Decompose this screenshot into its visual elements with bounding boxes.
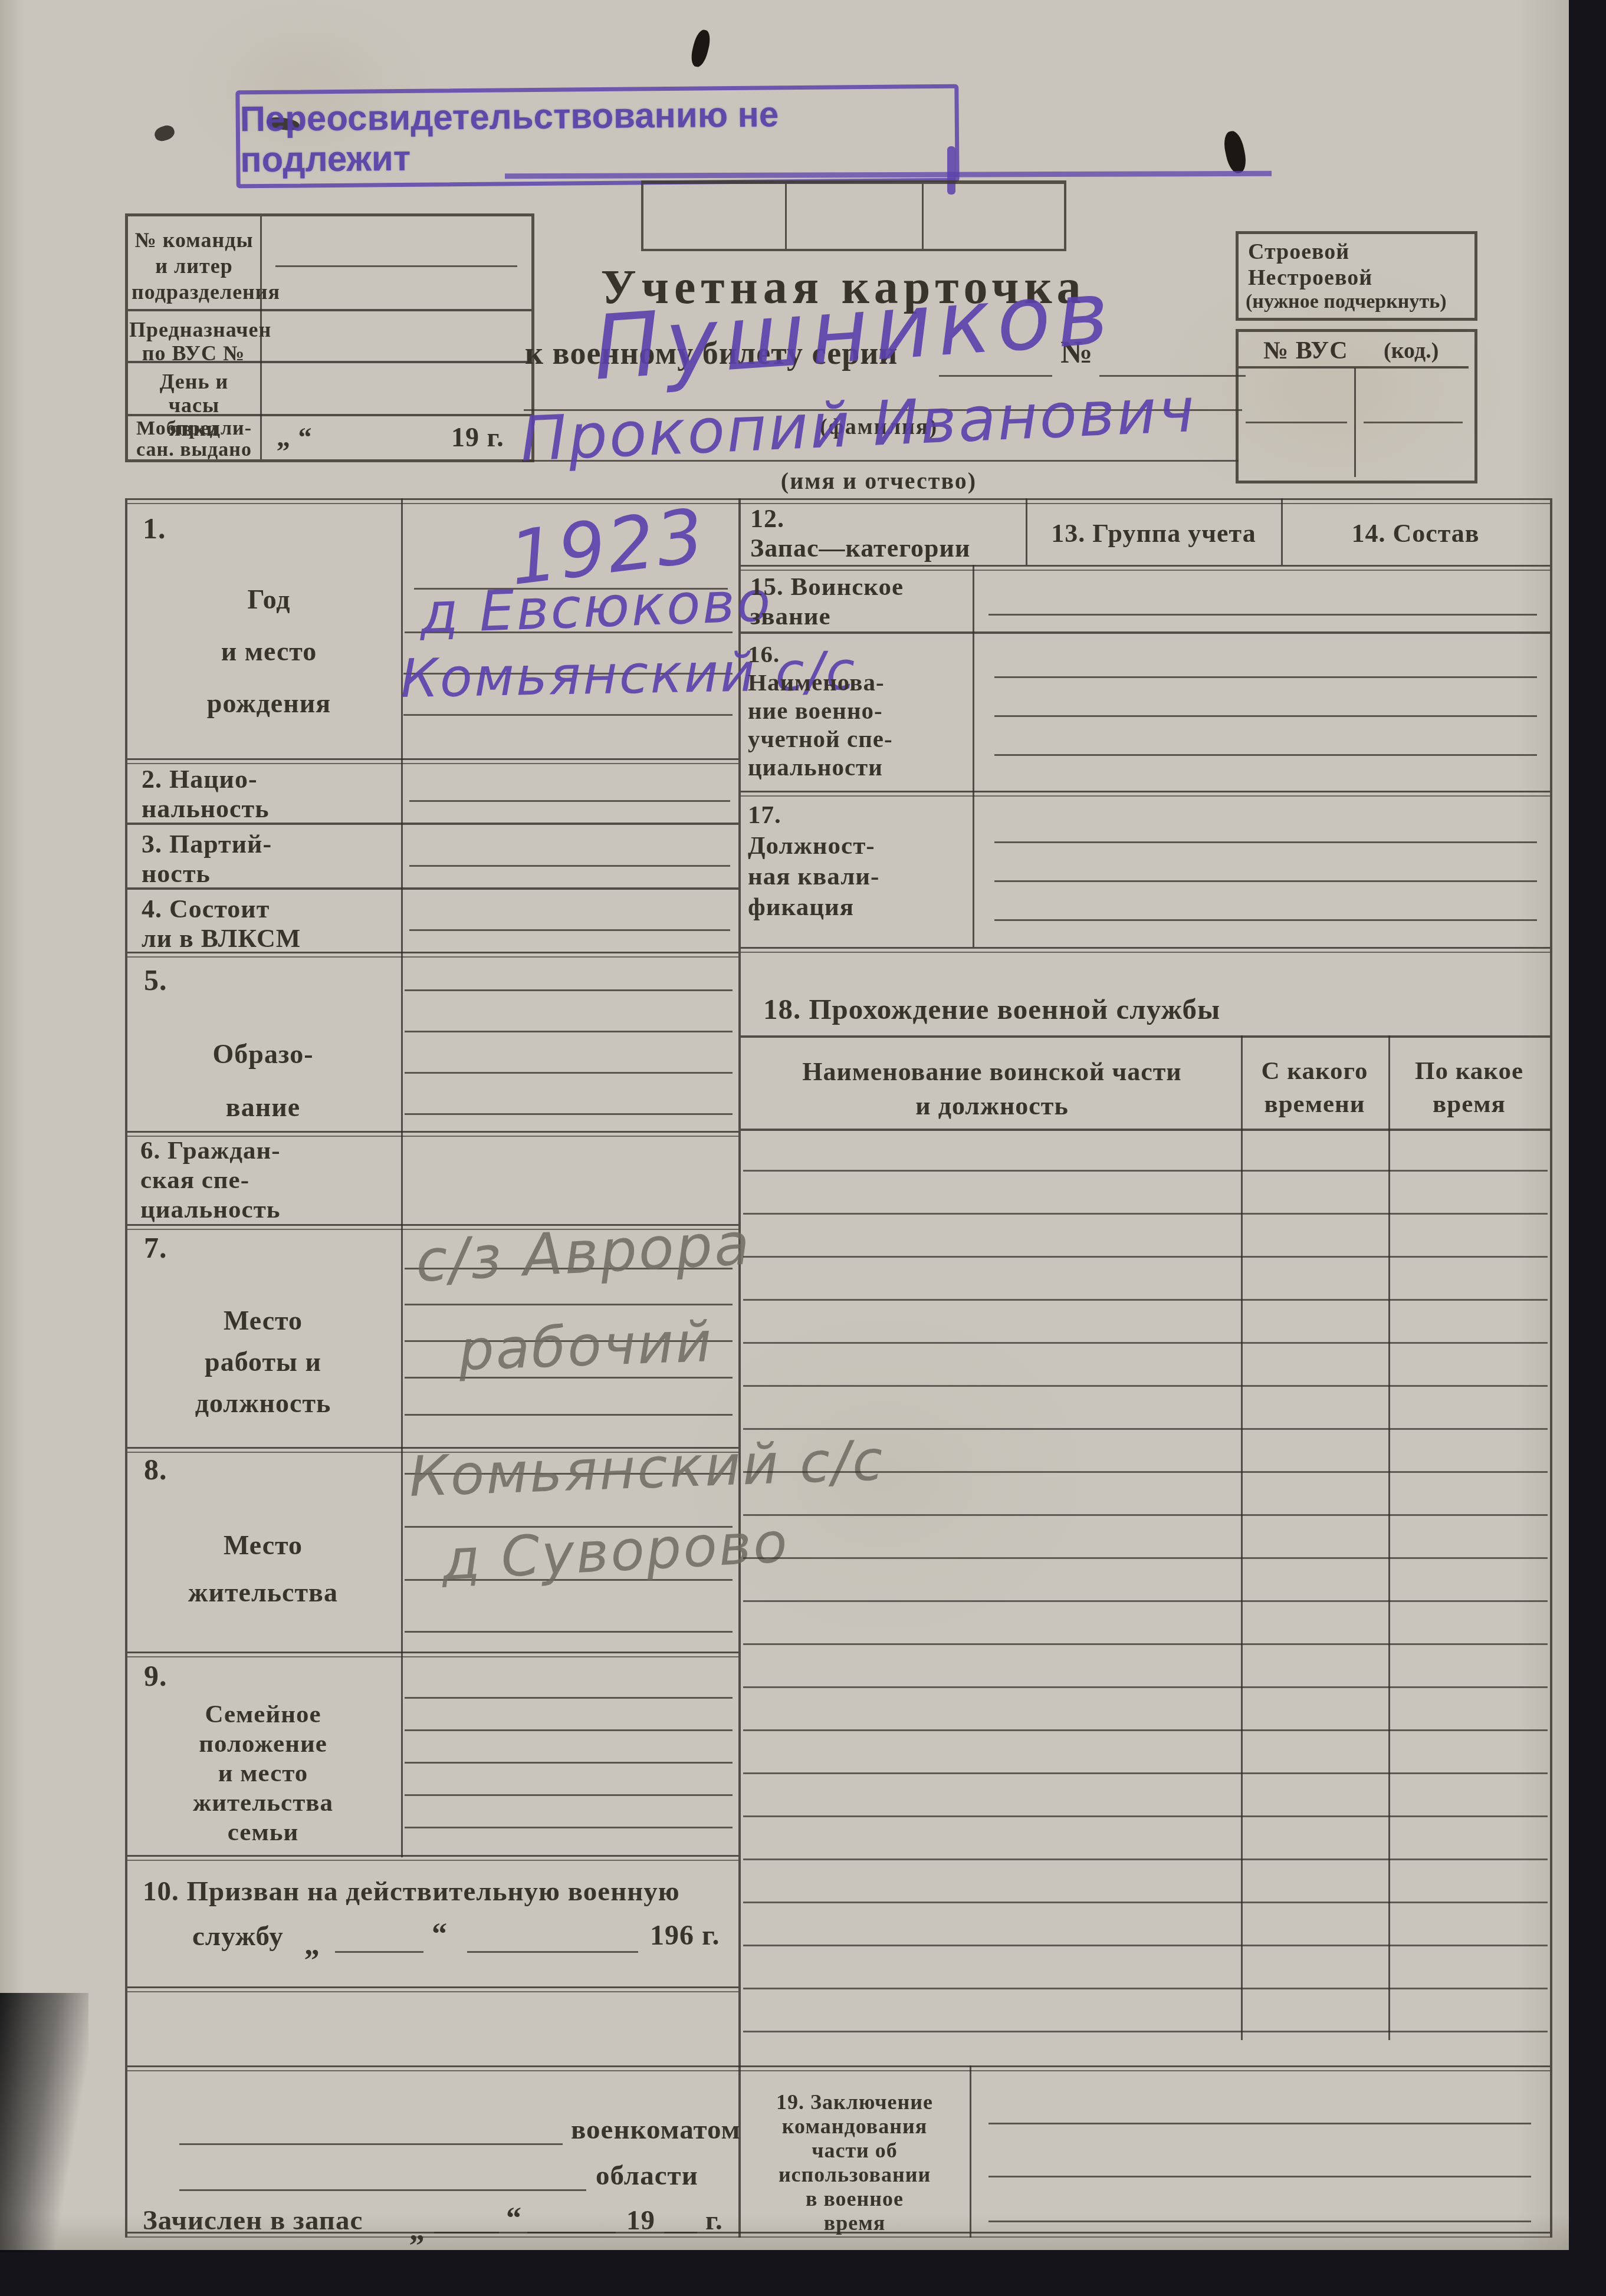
field7-number: 7. [144, 1231, 168, 1265]
fill-line [405, 1072, 733, 1074]
fill-line [994, 676, 1537, 678]
serial-line [939, 375, 1052, 377]
command-info-box: № команды и литер подразделения Предназн… [125, 213, 534, 462]
fill-line [409, 865, 730, 867]
field-separator [741, 947, 1550, 953]
field17-label: 17. Должност- ная квали- фикация [748, 800, 879, 923]
date-line [335, 1951, 423, 1953]
fill-line [405, 1113, 733, 1115]
field10-line1: 10. Призван на действительную военную [143, 1876, 680, 1907]
combat-line-2: Нестроевой [1248, 265, 1372, 291]
fill-line [179, 2143, 563, 2145]
fill-line [179, 2189, 586, 2191]
field18-title: 18. Прохождение военной службы [763, 992, 1220, 1026]
mob-quote: „ “ [277, 422, 313, 453]
field11-year: 19 [626, 2205, 655, 2236]
field8-number: 8. [144, 1452, 168, 1486]
ink-speck [153, 123, 176, 143]
field1-label: Год и место рождения [151, 574, 387, 729]
field11-word1: военкоматом [571, 2114, 741, 2146]
field10-word: службу [192, 1920, 284, 1952]
cell-divider [1026, 498, 1027, 565]
date-line [434, 2232, 499, 2233]
table-empty-rows [743, 1129, 1548, 2040]
field-separator [127, 1986, 738, 1992]
field-separator [741, 791, 1550, 797]
field10-open-quote: „ [304, 1927, 320, 1962]
field11-line3: Зачислен в запас [143, 2205, 363, 2236]
vus-fill-line [1364, 422, 1463, 423]
combat-status-box: Строевой Нестроевой (нужное подчеркнуть) [1236, 231, 1477, 321]
fill-line [405, 1729, 733, 1731]
fill-line [988, 2123, 1531, 2124]
table-header-top [741, 1035, 1550, 1038]
field9-number: 9. [144, 1659, 168, 1693]
fill-line [405, 1794, 733, 1796]
handwritten-birth-place-1: д Евсюково [419, 570, 773, 646]
field19-label: 19. Заключение командования части об исп… [745, 2090, 964, 2235]
field-separator [741, 565, 1550, 571]
ink-speck [1221, 129, 1249, 175]
field15-label: 15. Воинское звание [750, 573, 904, 631]
field6-label: 6. Граждан- ская спе- циальность [140, 1136, 281, 1225]
fill-line [994, 880, 1537, 882]
fill-line [405, 989, 733, 991]
label-unit-number: № команды и литер подразделения [132, 227, 257, 305]
fill-line [409, 800, 730, 802]
field11-word2: области [596, 2160, 698, 2192]
field-separator [127, 1855, 738, 1861]
table-col2-header: С какого времени [1243, 1055, 1386, 1121]
field16-label: 16. Наименова- ние военно- учетной спе- … [748, 640, 893, 781]
paper-sheet: Переосвидетельствованию не подлежит № ко… [0, 0, 1569, 2250]
field5-label: Образо- вание [151, 1028, 375, 1134]
stamp-text: Переосвидетельствованию не подлежит [239, 93, 955, 180]
date-line [467, 1951, 638, 1953]
label-mob-order: Мобпредли- сан. выдано [132, 418, 257, 460]
form-top-border [127, 498, 1550, 504]
handwritten-position: рабочий [458, 1310, 714, 1383]
table-col1-header: Наименование воинской части и должность [745, 1055, 1239, 1123]
fill-line [409, 929, 730, 931]
fill-line [405, 1031, 733, 1032]
fill-line [405, 1631, 733, 1633]
fill-line [994, 919, 1537, 921]
field-separator [741, 631, 1550, 634]
field11-year-suffix: г. [705, 2205, 723, 2236]
field13-label: 13. Группа учета [1029, 518, 1279, 548]
field2-label: 2. Нацио- нальность [142, 765, 269, 824]
fill-line [988, 2176, 1531, 2177]
fill-line [405, 1827, 733, 1828]
field10-close-quote: “ [432, 1917, 448, 1952]
right-label-divider [973, 565, 974, 947]
scanned-military-card: Переосвидетельствованию не подлежит № ко… [0, 0, 1606, 2296]
vus-divider [1354, 368, 1356, 477]
strip-divider [785, 184, 787, 249]
field5-number: 5. [144, 963, 168, 997]
fill-line [405, 1697, 733, 1699]
fill-line [275, 265, 517, 267]
scan-shadow [0, 1993, 88, 2252]
fill-line [988, 2221, 1531, 2222]
field11-close-quote: “ [506, 2201, 522, 2236]
field-separator-full [127, 2065, 1550, 2071]
main-form: 1. Год и место рождения 1923 д Евсюково … [125, 498, 1552, 2238]
fill-line [994, 715, 1537, 717]
fill-line [994, 841, 1537, 843]
fill-line [405, 1304, 733, 1305]
mob-year: 19 г. [451, 422, 504, 453]
field7-label: Место работы и должность [151, 1300, 375, 1424]
strip-divider [922, 184, 924, 249]
fill-line [405, 1414, 733, 1416]
name-caption: (имя и отчество) [755, 467, 1003, 495]
table-col3-header: По какое время [1391, 1055, 1548, 1121]
combat-line-3: (нужное подчеркнуть) [1246, 291, 1446, 313]
vus-header-separator [1239, 366, 1469, 369]
empty-cells-strip [641, 180, 1066, 251]
right-label-divider [970, 2065, 971, 2238]
handwritten-residence-2: д Суворово [440, 1511, 790, 1593]
field12-label: 12. Запас—категории [750, 504, 970, 563]
field11-open-quote: „ [409, 2213, 425, 2248]
label-vus-purpose: Предназначен по ВУС № [129, 318, 258, 365]
fill-line [988, 614, 1537, 616]
field4-label: 4. Состоит ли в ВЛКСМ [142, 894, 301, 953]
field3-label: 3. Партий- ность [142, 830, 272, 889]
ink-speck [689, 28, 713, 68]
date-line [527, 2232, 616, 2233]
fill-line [405, 1762, 733, 1764]
fill-line [403, 714, 733, 716]
combat-line-1: Строевой [1248, 239, 1349, 265]
vus-code-label: (код.) [1384, 338, 1438, 364]
row-separator [128, 309, 531, 311]
date-line [664, 2232, 697, 2233]
vus-label: № ВУС [1263, 337, 1348, 365]
field1-number: 1. [143, 511, 166, 545]
field-separator [127, 758, 738, 764]
fill-line [994, 754, 1537, 756]
center-divider [738, 498, 741, 2238]
vus-fill-line [1246, 422, 1347, 423]
field14-label: 14. Состав [1283, 518, 1548, 548]
field-separator [127, 1652, 738, 1657]
vus-number-box: № ВУС (код.) [1236, 329, 1477, 483]
cell-divider [1281, 498, 1283, 565]
handwritten-workplace: с/з Аврора [414, 1211, 753, 1295]
field9-label: Семейное положение и место жительства се… [145, 1700, 381, 1847]
field8-label: Место жительства [151, 1522, 375, 1616]
field10-year: 196 г. [650, 1919, 720, 1952]
revalidation-stamp: Переосвидетельствованию не подлежит [235, 84, 959, 189]
